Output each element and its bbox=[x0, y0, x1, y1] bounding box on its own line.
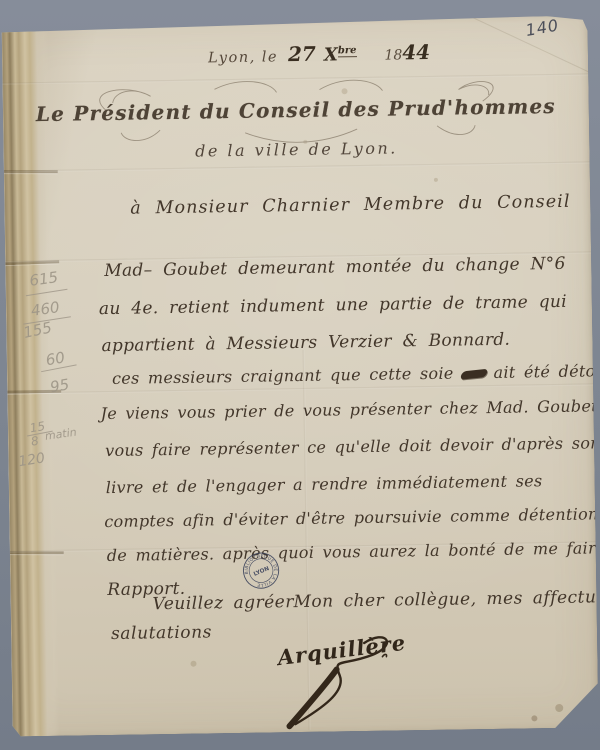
foxing-spots bbox=[1, 25, 5, 29]
binding-fold-line bbox=[10, 551, 64, 554]
body-line-segment: ait été détournée bbox=[493, 361, 600, 382]
dateline-day: 27 bbox=[288, 42, 316, 66]
pencil-note: 615 bbox=[28, 268, 59, 290]
body-line: de matières. après quoi vous aurez la bo… bbox=[107, 538, 600, 565]
dateline-year-written: 44 bbox=[402, 40, 430, 64]
crease-line bbox=[4, 161, 590, 172]
struck-out-word bbox=[459, 368, 488, 379]
body-line: comptes afin d'éviter d'être poursuivie … bbox=[104, 504, 600, 531]
body-line-segment: ces messieurs craignant que cette soie bbox=[112, 364, 454, 388]
dateline-month: Xbre bbox=[324, 44, 357, 66]
body-line: Je viens vous prier de vous présenter ch… bbox=[100, 396, 600, 423]
archive-scan-background: 140 Lyon, le27Xbre1844 Le Président du C… bbox=[0, 0, 600, 750]
closing-salutations: salutations bbox=[111, 622, 212, 644]
crease-line bbox=[7, 383, 593, 394]
dateline-place: Lyon, le bbox=[208, 49, 278, 66]
body-line: Mad– Goubet demeurant montée du change N… bbox=[104, 254, 566, 281]
dateline-year-printed: 18 bbox=[384, 47, 402, 63]
folio-number: 140 bbox=[524, 15, 560, 39]
body-line: livre et de l'engager a rendre immédiate… bbox=[106, 471, 543, 497]
dateline-month-abbrev: X bbox=[324, 44, 338, 65]
body-line: vous faire représenter ce qu'elle doit d… bbox=[105, 433, 600, 460]
pencil-note-denominator: 8 bbox=[30, 434, 40, 449]
body-line: ces messieurs craignant que cette soieai… bbox=[112, 361, 600, 388]
signature-flourish bbox=[236, 630, 438, 748]
pencil-note: 95 bbox=[49, 375, 71, 396]
dateline-month-superscript: bre bbox=[338, 45, 357, 57]
crease-line-diagonal bbox=[431, 0, 600, 88]
body-line: appartient à Messieurs Verzier & Bonnard… bbox=[101, 330, 510, 356]
dateline: Lyon, le27Xbre1844 bbox=[208, 40, 431, 67]
closing-line: Mon cher collègue, mes affectueuses bbox=[293, 587, 600, 613]
closing-salute: Veuillez agréer bbox=[152, 592, 294, 614]
binding-fold-line bbox=[4, 170, 58, 173]
pencil-note-word: matin bbox=[44, 426, 77, 443]
stamp-center-text: LYON bbox=[253, 566, 271, 578]
letter-page: 140 Lyon, le27Xbre1844 Le Président du C… bbox=[1, 15, 598, 736]
body-line: au 4e. retient indument une partie de tr… bbox=[99, 292, 567, 319]
recipient-line: à Monsieur Charnier Membre du Conseil bbox=[130, 192, 571, 219]
pencil-note: 460 bbox=[30, 298, 61, 320]
